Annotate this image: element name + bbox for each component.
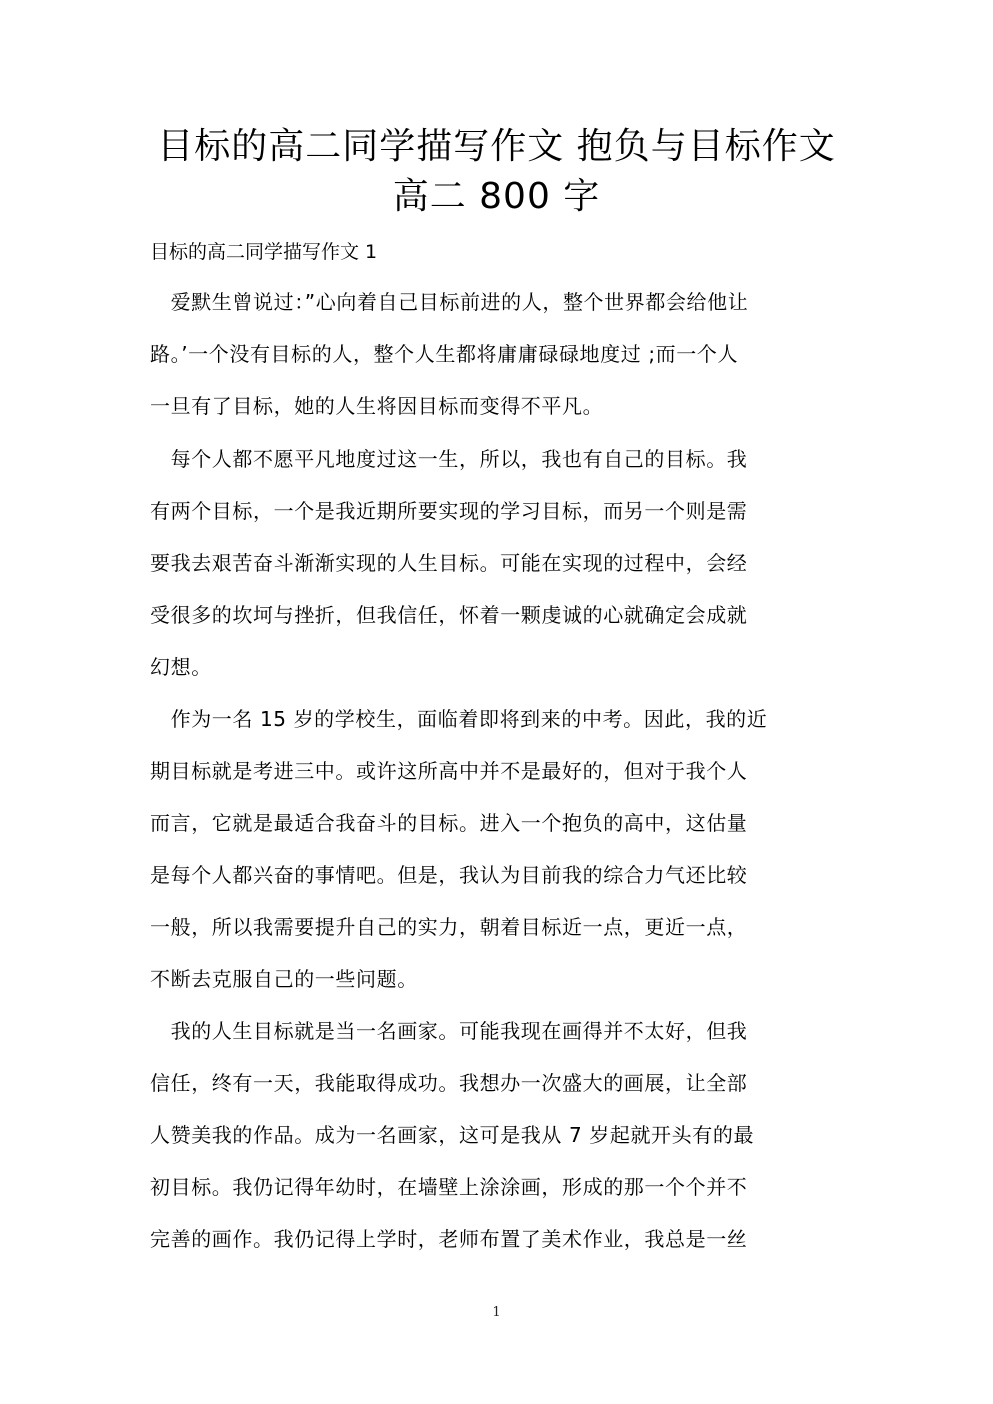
- paragraph-line: 而言，它就是最适合我奋斗的目标。进入一个抱负的高中，这估量: [150, 797, 830, 849]
- section-heading: 目标的高二同学描写作文 1: [150, 238, 377, 266]
- title-line-2: 高二 800 字: [140, 172, 853, 222]
- paragraph-line: 信任，终有一天，我能取得成功。我想办一次盛大的画展，让全部: [150, 1057, 830, 1109]
- paragraph-line: 受很多的坎坷与挫折，但我信任，怀着一颗虔诚的心就确定会成就: [150, 589, 830, 641]
- paragraph-line: 初目标。我仍记得年幼时，在墙壁上涂涂画，形成的那一个个并不: [150, 1161, 830, 1213]
- paragraph-line: 人赞美我的作品。成为一名画家，这可是我从 7 岁起就开头有的最: [150, 1109, 830, 1161]
- page-number: 1: [0, 1305, 993, 1320]
- paragraph-line: 每个人都不愿平凡地度过这一生，所以，我也有自己的目标。我: [150, 433, 830, 485]
- paragraph-line: 一旦有了目标，她的人生将因目标而变得不平凡。: [150, 380, 830, 432]
- paragraph-line: 是每个人都兴奋的事情吧。但是，我认为目前我的综合力气还比较: [150, 849, 830, 901]
- paragraph-1: 爱默生曾说过：”心向着自己目标前进的人，整个世界都会给他让 路。’一个没有目标的…: [150, 276, 830, 432]
- paragraph-line: 作为一名 15 岁的学校生，面临着即将到来的中考。因此，我的近: [150, 693, 830, 745]
- paragraph-line: 我的人生目标就是当一名画家。可能我现在画得并不太好，但我: [150, 1005, 830, 1057]
- paragraph-3: 作为一名 15 岁的学校生，面临着即将到来的中考。因此，我的近 期目标就是考进三…: [150, 693, 830, 1005]
- paragraph-line: 要我去艰苦奋斗渐渐实现的人生目标。可能在实现的过程中，会经: [150, 537, 830, 589]
- paragraph-line: 爱默生曾说过：”心向着自己目标前进的人，整个世界都会给他让: [150, 276, 830, 328]
- document-title: 目标的高二同学描写作文 抱负与目标作文 高二 800 字: [140, 122, 853, 222]
- document-page: 目标的高二同学描写作文 抱负与目标作文 高二 800 字 目标的高二同学描写作文…: [0, 0, 993, 1404]
- paragraph-line: 完善的画作。我仍记得上学时，老师布置了美术作业，我总是一丝: [150, 1213, 830, 1265]
- paragraph-line: 路。’一个没有目标的人，整个人生都将庸庸碌碌地度过 ;而一个人: [150, 328, 830, 380]
- paragraph-line: 不断去克服自己的一些问题。: [150, 953, 830, 1005]
- paragraph-line: 一般，所以我需要提升自己的实力，朝着目标近一点，更近一点，: [150, 901, 830, 953]
- paragraph-line: 有两个目标，一个是我近期所要实现的学习目标，而另一个则是需: [150, 485, 830, 537]
- paragraph-line: 幻想。: [150, 641, 830, 693]
- paragraph-line: 期目标就是考进三中。或许这所高中并不是最好的，但对于我个人: [150, 745, 830, 797]
- paragraph-4: 我的人生目标就是当一名画家。可能我现在画得并不太好，但我 信任，终有一天，我能取…: [150, 1005, 830, 1265]
- title-line-1: 目标的高二同学描写作文 抱负与目标作文: [140, 122, 853, 172]
- paragraph-2: 每个人都不愿平凡地度过这一生，所以，我也有自己的目标。我 有两个目标，一个是我近…: [150, 433, 830, 693]
